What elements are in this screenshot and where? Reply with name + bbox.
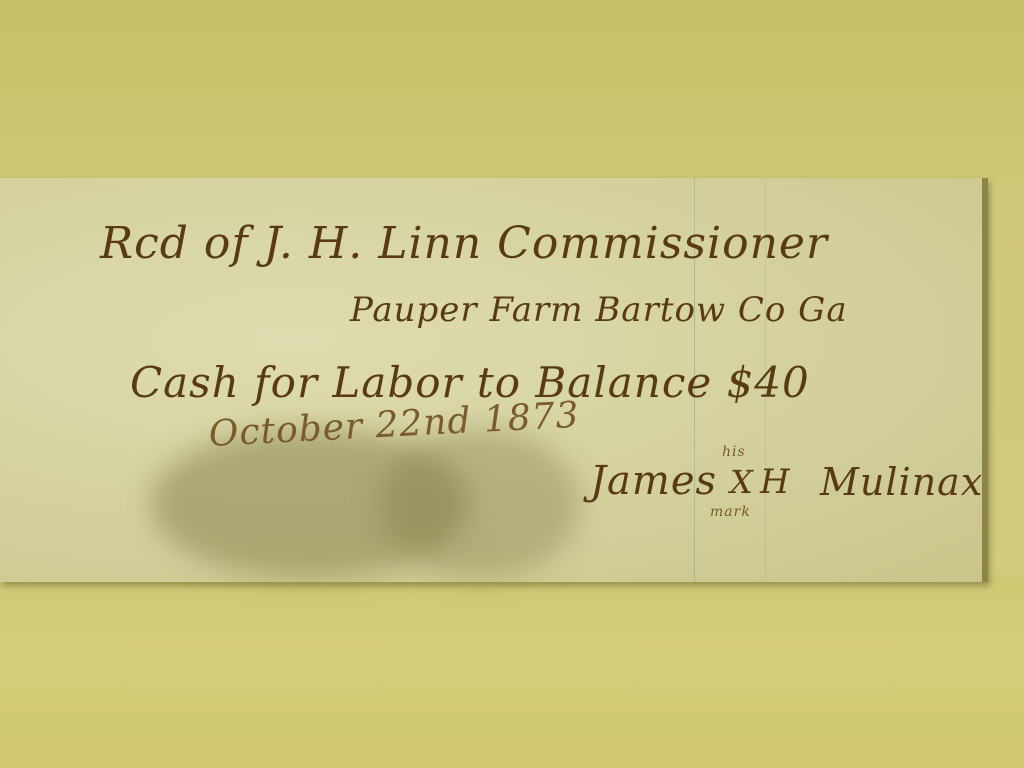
stain <box>380 428 580 578</box>
signature-last-name: Mulinax <box>820 460 983 504</box>
receipt-line-1: Rcd of J. H. Linn Commissioner <box>100 218 828 269</box>
signature-mark: X <box>730 463 754 501</box>
signature-first-name: James <box>590 458 717 504</box>
table-surface <box>0 575 1024 768</box>
receipt-line-2: Pauper Farm Bartow Co Ga <box>350 290 848 330</box>
background-wall <box>0 0 1024 180</box>
signature-his: his <box>722 444 746 460</box>
signature-initial: H <box>760 462 791 502</box>
receipt-paper: Rcd of J. H. Linn Commissioner Pauper Fa… <box>0 178 988 582</box>
signature-mark-label: mark <box>710 504 751 520</box>
